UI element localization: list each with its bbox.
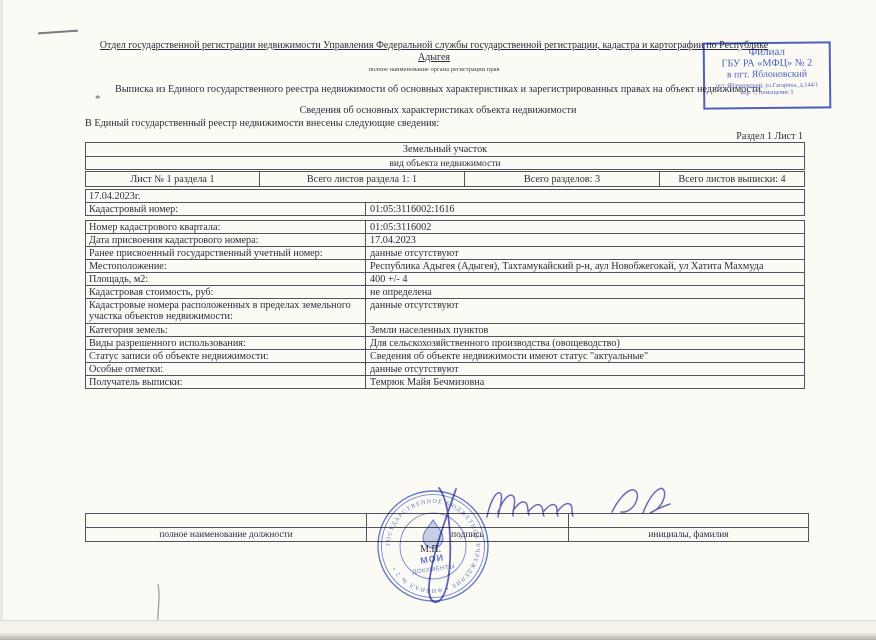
signature-initials-scribble — [612, 488, 670, 513]
row-label: Местоположение: — [86, 260, 366, 272]
initials-cell — [569, 514, 808, 527]
row-value: 17.04.2023 — [366, 234, 804, 246]
intro-line: В Единый государственный реестр недвижим… — [85, 118, 439, 129]
table-row: Номер кадастрового квартала: 01:05:31160… — [86, 221, 804, 234]
table-row: Статус записи об объекте недвижимости: С… — [86, 350, 804, 363]
row-value: не определена — [366, 286, 804, 298]
row-value: Темрюк Майя Бечмизовна — [366, 376, 804, 388]
row-label: Кадастровые номера расположенных в преде… — [86, 299, 366, 323]
date-cadastral-table: 17.04.2023г. Кадастровый номер: 01:05:31… — [85, 189, 805, 216]
authority-caption: полное наименование органа регистрации п… — [78, 66, 790, 73]
scan-bottom-edge — [0, 633, 876, 640]
row-value: Земли населенных пунктов — [366, 324, 804, 336]
table-row: Площадь, м2: 400 +/- 4 — [86, 273, 804, 286]
table-row: Особые отметки: данные отсутствуют — [86, 363, 804, 376]
row-value: Республика Адыгея (Адыгея), Тахтамукайск… — [366, 260, 804, 272]
sheet-col-2: Всего листов раздела 1: 1 — [260, 172, 465, 186]
stamp-line-2: ГБУ РА «МФЦ» № 2 — [705, 57, 829, 69]
scan-left-edge — [0, 0, 3, 640]
object-type-table: Земельный участок вид объекта недвижимос… — [85, 142, 805, 170]
row-value: Для сельскохозяйственного производства (… — [366, 337, 804, 349]
scan-below-fold — [0, 621, 876, 633]
object-type: Земельный участок — [86, 143, 804, 157]
registering-authority-name: Отдел государственной регистрации недвиж… — [78, 40, 790, 64]
stamp-line-5: кор. 7, помещение 5 — [705, 88, 829, 96]
row-value: 01:05:3116002 — [366, 221, 804, 233]
section-sheet-label: Раздел 1 Лист 1 — [736, 131, 803, 142]
row-value: данные отсутствуют — [366, 363, 804, 375]
stamp-line-3: в пгт. Яблоновский — [705, 68, 829, 80]
mfc-droplet-logo — [423, 520, 443, 548]
table-row: Виды разрешенного использования: Для сел… — [86, 337, 804, 350]
sheet-col-4: Всего листов выписки: 4 — [660, 172, 804, 186]
object-type-caption: вид объекта недвижимости — [86, 157, 804, 169]
scanned-document-page: * Отдел государственной регистрации недв… — [0, 0, 876, 640]
row-label: Категория земель: — [86, 324, 366, 336]
row-label: Особые отметки: — [86, 363, 366, 375]
authority-line-2: Адыгея — [78, 52, 790, 64]
row-label: Кадастровая стоимость, руб: — [86, 286, 366, 298]
sheet-counters-row: Лист № 1 раздела 1 Всего листов раздела … — [85, 171, 805, 187]
table-row: Кадастровые номера расположенных в преде… — [86, 299, 804, 324]
row-value: данные отсутствуют — [366, 299, 804, 323]
sheet-col-1: Лист № 1 раздела 1 — [86, 172, 260, 186]
row-value: Сведения об объекте недвижимости имеют с… — [366, 350, 804, 362]
table-row: Кадастровая стоимость, руб: не определен… — [86, 286, 804, 299]
row-label: Номер кадастрового квартала: — [86, 221, 366, 233]
table-row: Получатель выписки: Темрюк Майя Бечмизов… — [86, 376, 804, 388]
mfc-round-seal: ГОСУДАРСТВЕННОЕ БЮДЖЕТНОЕ УЧРЕЖДЕНИЕ • Ф… — [374, 487, 492, 605]
table-row: Категория земель: Земли населенных пункт… — [86, 324, 804, 337]
row-label: Кадастровый номер: — [86, 203, 366, 215]
table-row: Ранее присвоенный государственный учетны… — [86, 247, 804, 260]
stray-pen-dash — [38, 30, 78, 35]
attributes-table: Номер кадастрового квартала: 01:05:31160… — [85, 220, 805, 389]
extract-date: 17.04.2023г. — [86, 190, 804, 203]
table-row: Дата присвоения кадастрового номера: 17.… — [86, 234, 804, 247]
position-cell — [86, 514, 367, 527]
seal-center-line2: ДОКУМЕНТЫ — [412, 564, 455, 576]
row-label: Получатель выписки: — [86, 376, 366, 388]
sheet-col-3: Всего разделов: 3 — [465, 172, 660, 186]
table-row: Местоположение: Республика Адыгея (Адыге… — [86, 260, 804, 273]
mfc-rectangular-stamp: Филиал ГБУ РА «МФЦ» № 2 в пгт. Яблоновск… — [703, 41, 832, 109]
row-value: 01:05:3116002:1616 — [366, 203, 804, 215]
row-label: Площадь, м2: — [86, 273, 366, 285]
row-label: Виды разрешенного использования: — [86, 337, 366, 349]
table-row: Кадастровый номер: 01:05:3116002:1616 — [86, 203, 804, 215]
initials-caption: инициалы, фамилия — [569, 528, 808, 541]
authority-line-1: Отдел государственной регистрации недвиж… — [78, 40, 790, 52]
row-value: 400 +/- 4 — [366, 273, 804, 285]
position-caption: полное наименование должности — [86, 528, 367, 541]
row-label: Дата присвоения кадастрового номера: — [86, 234, 366, 246]
seal-center-line1: МОИ — [420, 552, 445, 565]
row-label: Статус записи об объекте недвижимости: — [86, 350, 366, 362]
row-value: данные отсутствуют — [366, 247, 804, 259]
row-label: Ранее присвоенный государственный учетны… — [86, 247, 366, 259]
